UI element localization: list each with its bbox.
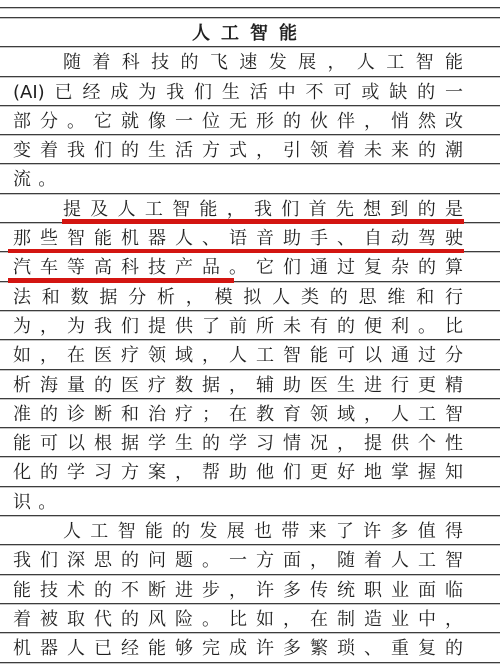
red-underline	[62, 219, 464, 224]
line-text: 如，在医疗领域，人工智能可以通过分	[13, 345, 463, 366]
line-text: 着被取代的风险。比如，在制造业中，	[13, 609, 463, 630]
line-text: 为，为我们提供了前所未有的便利。比	[13, 316, 463, 337]
line-text: (AI)已经成为我们生活中不可或缺的一	[13, 82, 463, 103]
essay-title: 人工智能	[192, 23, 308, 44]
text-line-10: 为，为我们提供了前所未有的便利。比	[0, 312, 500, 341]
line-text: 流。	[13, 169, 63, 190]
line-text: 法和数据分析，模拟人类的思维和行	[13, 287, 463, 308]
text-line-21: 机器人已经能够完成许多繁琐、重复的	[0, 634, 500, 663]
line-text: 析海量的医疗数据，辅助医生进行更精	[13, 375, 463, 396]
red-underline	[8, 249, 464, 254]
text-line-19: 能技术的不断进步，许多传统职业面临	[0, 576, 500, 605]
text-line-12: 析海量的医疗数据，辅助医生进行更精	[0, 371, 500, 400]
line-text: 机器人已经能够完成许多繁琐、重复的	[13, 638, 463, 659]
text-line-1: 随着科技的飞速发展，人工智能	[0, 48, 500, 77]
essay-title-row: 人工智能	[0, 19, 500, 48]
text-line-20: 着被取代的风险。比如，在制造业中，	[0, 605, 500, 634]
text-line-2: (AI)已经成为我们生活中不可或缺的一	[0, 78, 500, 107]
text-line-9: 法和数据分析，模拟人类的思维和行	[0, 283, 500, 312]
line-text: 能可以根据学生的学习情况，提供个性	[13, 433, 463, 454]
text-line-4: 变着我们的生活方式，引领着未来的潮	[0, 136, 500, 165]
line-text: 随着科技的飞速发展，人工智能	[63, 52, 463, 73]
text-line-15: 化的学习方案，帮助他们更好地掌握知	[0, 458, 500, 487]
line-text: 准的诊断和治疗；在教育领域，人工智	[13, 404, 463, 425]
line-text: 部分。它就像一位无形的伙伴，悄然改	[13, 111, 463, 132]
text-line-7: 那些智能机器人、语音助手、自动驾驶	[0, 224, 500, 253]
text-line-17: 人工智能的发展也带来了许多值得	[0, 517, 500, 546]
text-line-5: 流。	[0, 165, 500, 194]
line-text: 汽车等高科技产品。它们通过复杂的算	[13, 257, 463, 278]
line-text: 识。	[13, 492, 63, 513]
top-margin-band-2	[0, 9, 500, 19]
line-text: 提及人工智能，我们首先想到的是	[63, 199, 463, 220]
line-text: 人工智能的发展也带来了许多值得	[63, 521, 463, 542]
composition-sheet: 人工智能 随着科技的飞速发展，人工智能 (AI)已经成为我们生活中不可或缺的一 …	[0, 0, 500, 668]
text-line-3: 部分。它就像一位无形的伙伴，悄然改	[0, 107, 500, 136]
text-line-11: 如，在医疗领域，人工智能可以通过分	[0, 341, 500, 370]
line-text: 化的学习方案，帮助他们更好地掌握知	[13, 462, 463, 483]
line-text: 那些智能机器人、语音助手、自动驾驶	[13, 228, 463, 249]
text-line-6: 提及人工智能，我们首先想到的是	[0, 195, 500, 224]
text-line-14: 能可以根据学生的学习情况，提供个性	[0, 429, 500, 458]
top-margin-band	[0, 0, 500, 9]
text-line-13: 准的诊断和治疗；在教育领域，人工智	[0, 400, 500, 429]
text-line-18: 我们深思的问题。一方面，随着人工智	[0, 546, 500, 575]
text-line-16: 识。	[0, 488, 500, 517]
line-text: 能技术的不断进步，许多传统职业面临	[13, 580, 463, 601]
text-line-8: 汽车等高科技产品。它们通过复杂的算	[0, 253, 500, 282]
line-text: 变着我们的生活方式，引领着未来的潮	[13, 140, 463, 161]
red-underline	[8, 278, 234, 283]
line-text: 我们深思的问题。一方面，随着人工智	[13, 550, 463, 571]
